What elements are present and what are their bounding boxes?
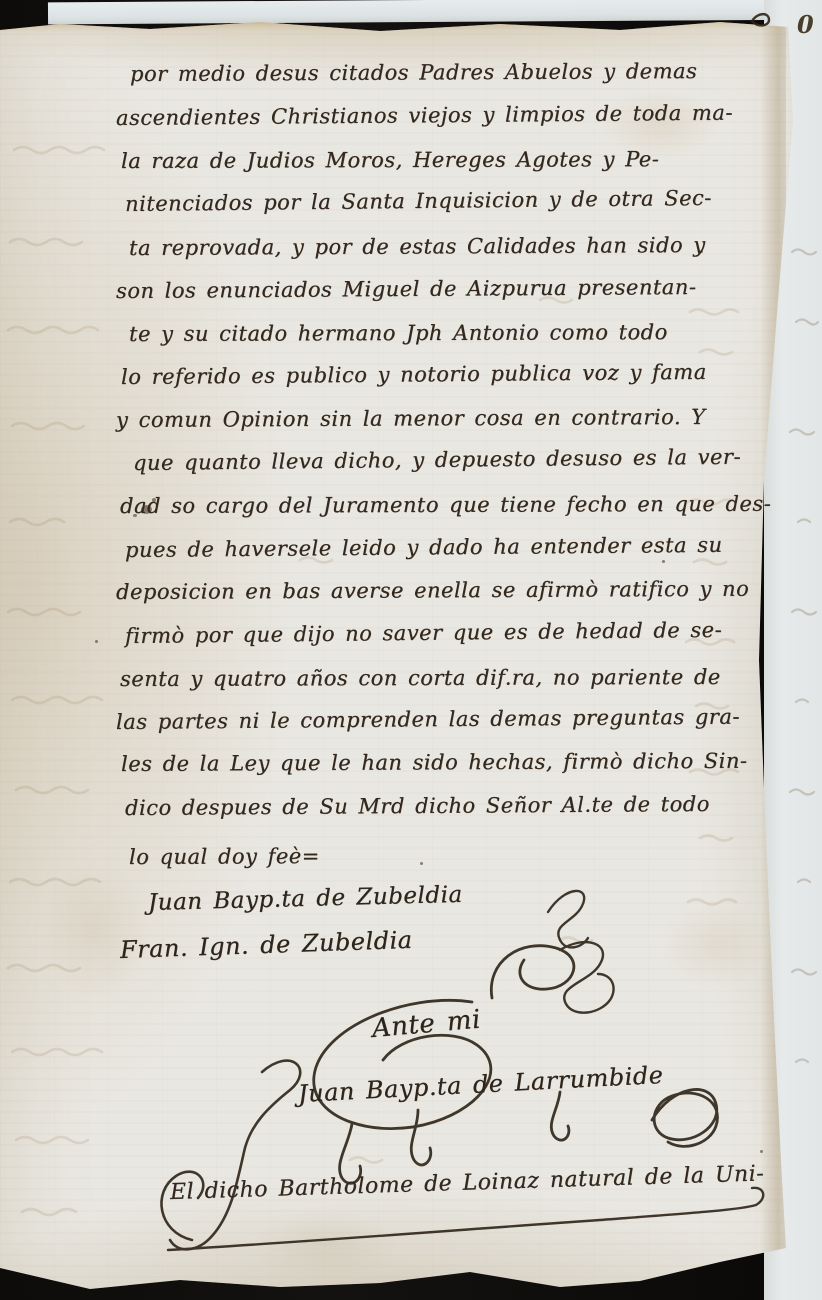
manuscript-line: por medio desus citados Padres Abuelos y…: [130, 59, 697, 86]
folio-number: 0: [797, 10, 814, 39]
ink-speck: [760, 1150, 763, 1153]
ink-speck: [420, 862, 423, 865]
manuscript-line: ta reprovada, y por de estas Calidades h…: [129, 233, 706, 260]
ink-speck: [662, 560, 665, 563]
manuscript-line: dad so cargo del Juramento que tiene fec…: [120, 492, 771, 518]
manuscript-line: dico despues de Su Mrd dicho Señor Al.te…: [125, 792, 710, 820]
manuscript-scan-page: { "manuscript": { "folio_mark": "0", "in…: [0, 0, 822, 1300]
foxing-stain: [660, 900, 770, 990]
manuscript-line: te y su citado hermano Jph Antonio como …: [129, 320, 668, 346]
manuscript-line: deposicion en bas averse enella se afirm…: [116, 577, 749, 604]
foxing-stain: [40, 860, 150, 1000]
foxing-stain: [250, 1210, 400, 1280]
manuscript-line: lo qual doy feè=: [129, 844, 320, 869]
manuscript-line: la raza de Judios Moros, Hereges Agotes …: [121, 147, 659, 173]
manuscript-line: y comun Opinion sin la menor cosa en con…: [116, 405, 706, 432]
manuscript-line: les de la Ley que le han sido hechas, fi…: [121, 749, 748, 776]
ink-speck: [95, 640, 98, 643]
manuscript-line: senta y quatro años con corta dif.ra, no…: [120, 665, 721, 691]
manuscript-line: lo referido es publico y notorio publica…: [121, 360, 707, 389]
manuscript-line: son los enunciados Miguel de Aizpurua pr…: [116, 275, 697, 303]
